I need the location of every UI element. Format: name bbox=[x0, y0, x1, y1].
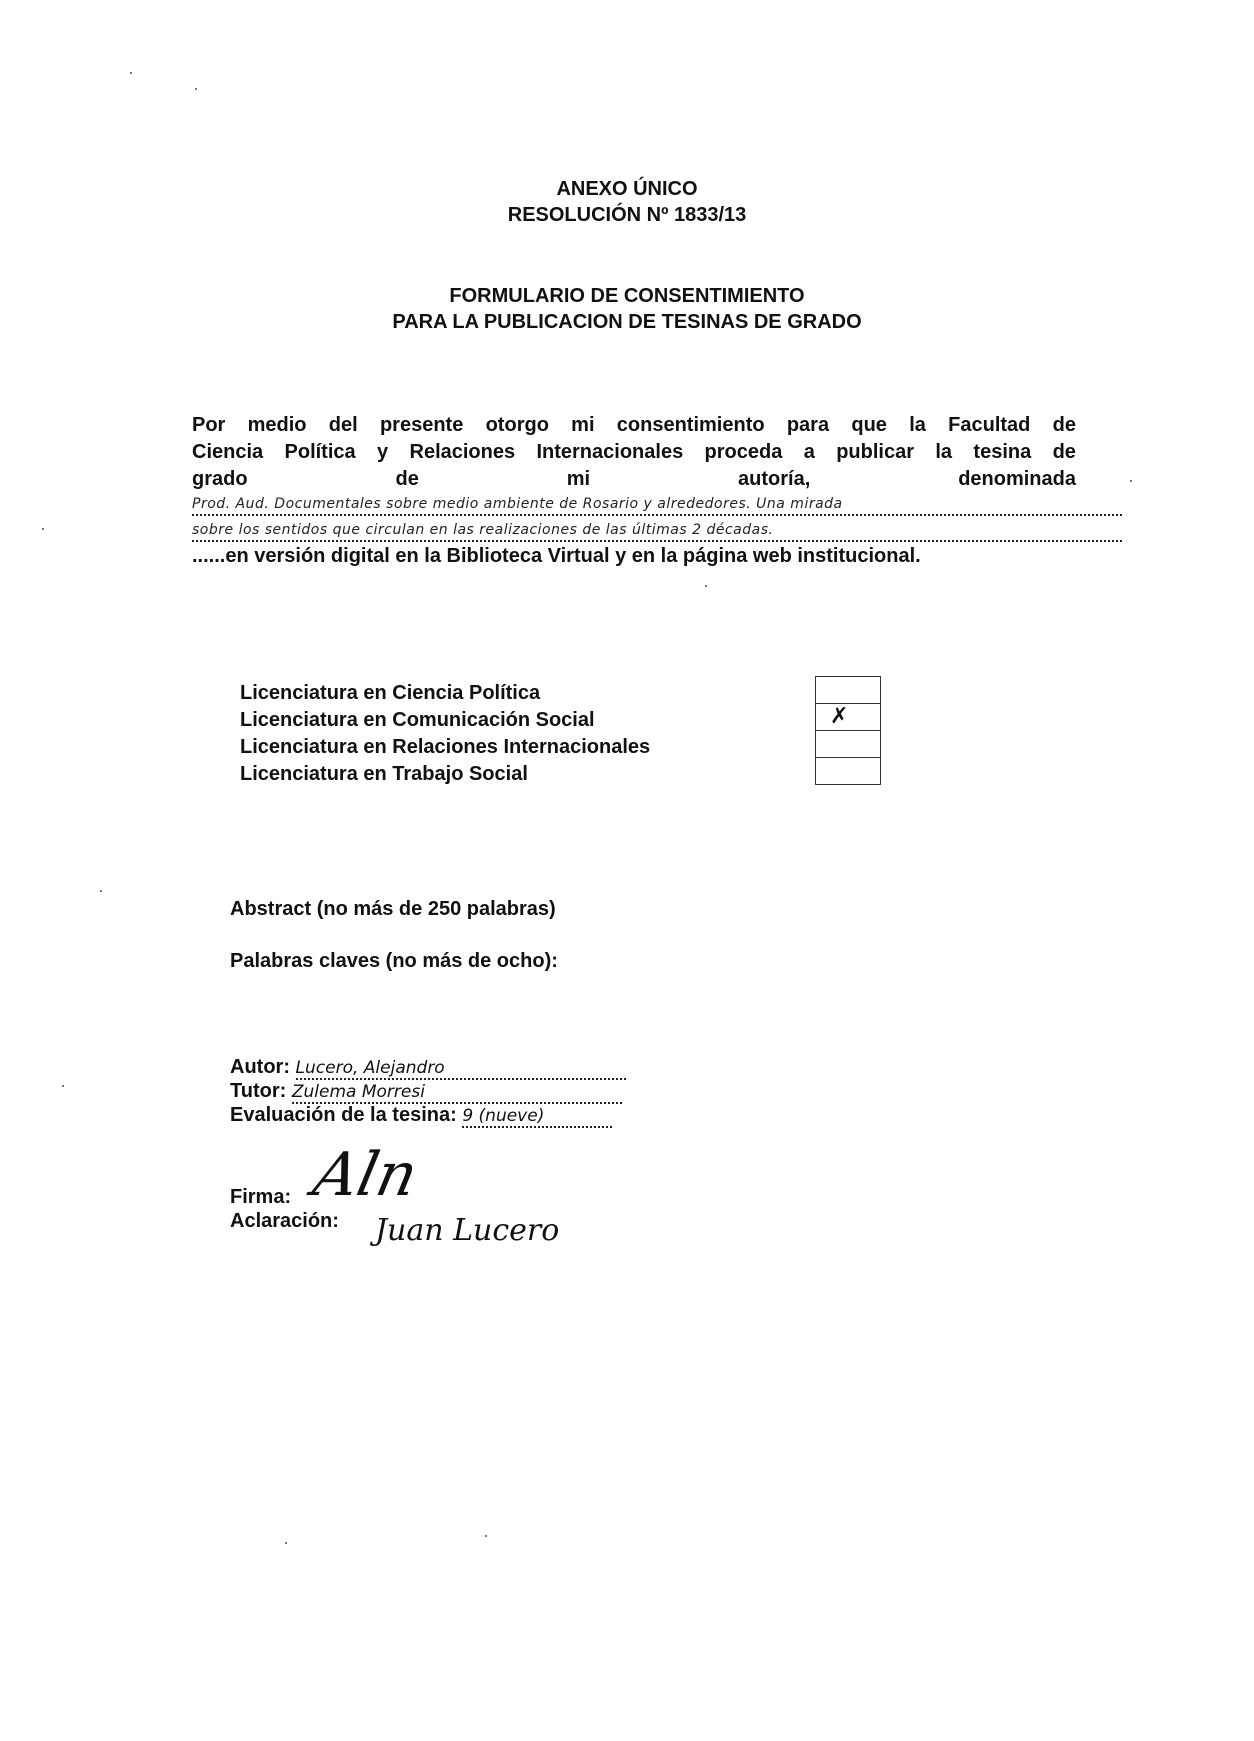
degree-label-comunicacion-social: Licenciatura en Comunicación Social bbox=[240, 707, 650, 734]
consent-word: de bbox=[395, 466, 418, 493]
scan-speck bbox=[62, 1085, 64, 1087]
annex-title: ANEXO ÚNICO bbox=[0, 176, 1254, 202]
consent-word: a bbox=[804, 439, 815, 466]
consent-line-1: Pormediodelpresenteotorgomiconsentimient… bbox=[192, 412, 1076, 439]
tutor-value[interactable]: Zulema Morresi bbox=[292, 1082, 622, 1104]
clarification-label: Aclaración: bbox=[230, 1209, 339, 1233]
scan-speck bbox=[42, 528, 44, 530]
consent-word: autoría, bbox=[738, 466, 810, 493]
tutor-label: Tutor: bbox=[230, 1080, 286, 1102]
consent-word: consentimiento bbox=[617, 412, 765, 439]
form-header: FORMULARIO DE CONSENTIMIENTO PARA LA PUB… bbox=[0, 283, 1254, 335]
consent-form-page: ANEXO ÚNICO RESOLUCIÓN Nº 1833/13 FORMUL… bbox=[0, 0, 1254, 1741]
author-field: Autor: Lucero, Alejandro bbox=[230, 1055, 626, 1080]
thesis-title-line-1[interactable]: Prod. Aud. Documentales sobre medio ambi… bbox=[192, 490, 1122, 516]
consent-paragraph: Pormediodelpresenteotorgomiconsentimient… bbox=[192, 412, 1076, 493]
scan-speck bbox=[285, 1542, 287, 1544]
consent-word: publicar bbox=[836, 439, 914, 466]
scan-speck bbox=[1130, 480, 1132, 482]
consent-word: de bbox=[1053, 439, 1076, 466]
consent-word: Política bbox=[285, 439, 356, 466]
consent-word: mi bbox=[567, 466, 590, 493]
check-mark-icon: ✗ bbox=[830, 704, 848, 730]
consent-line-2: CienciaPolíticayRelacionesInternacionale… bbox=[192, 439, 1076, 466]
consent-word: Relaciones bbox=[410, 439, 516, 466]
abstract-label: Abstract (no más de 250 palabras) bbox=[230, 896, 556, 922]
form-title: FORMULARIO DE CONSENTIMIENTO bbox=[0, 283, 1254, 309]
consent-word: medio bbox=[248, 412, 307, 439]
scan-speck bbox=[100, 890, 102, 892]
publication-statement: ......en versión digital en la Bibliotec… bbox=[192, 545, 921, 568]
resolution-number: RESOLUCIÓN Nº 1833/13 bbox=[0, 202, 1254, 228]
consent-word: que bbox=[851, 412, 887, 439]
consent-word: Ciencia bbox=[192, 439, 263, 466]
consent-word: grado bbox=[192, 466, 248, 493]
signature-image: Aln bbox=[308, 1140, 424, 1210]
scan-speck bbox=[485, 1535, 487, 1537]
consent-word: mi bbox=[571, 412, 594, 439]
degree-label-relaciones-internacionales: Licenciatura en Relaciones Internacional… bbox=[240, 734, 650, 761]
degree-checkbox-column: ✗ bbox=[815, 676, 881, 785]
keywords-label: Palabras claves (no más de ocho): bbox=[230, 948, 558, 974]
degree-label-trabajo-social: Licenciatura en Trabajo Social bbox=[240, 761, 650, 788]
degree-list: Licenciatura en Ciencia Política Licenci… bbox=[240, 680, 650, 788]
consent-word: Facultad bbox=[948, 412, 1030, 439]
form-subtitle: PARA LA PUBLICACION DE TESINAS DE GRADO bbox=[0, 309, 1254, 335]
thesis-title-line-2[interactable]: sobre los sentidos que circulan en las r… bbox=[192, 516, 1122, 542]
scan-speck bbox=[195, 88, 197, 90]
checkbox-relaciones-internacionales[interactable] bbox=[816, 731, 880, 758]
consent-word: y bbox=[377, 439, 388, 466]
consent-word: otorgo bbox=[486, 412, 549, 439]
consent-word: del bbox=[329, 412, 358, 439]
checkbox-ciencia-politica[interactable] bbox=[816, 677, 880, 704]
consent-word: presente bbox=[380, 412, 463, 439]
scan-speck bbox=[130, 72, 132, 74]
consent-word: denominada bbox=[958, 466, 1076, 493]
scan-speck bbox=[705, 585, 707, 587]
checkbox-trabajo-social[interactable] bbox=[816, 758, 880, 784]
author-label: Autor: bbox=[230, 1056, 290, 1078]
evaluation-value[interactable]: 9 (nueve) bbox=[462, 1106, 612, 1128]
degree-label-ciencia-politica: Licenciatura en Ciencia Política bbox=[240, 680, 650, 707]
author-value[interactable]: Lucero, Alejandro bbox=[296, 1058, 626, 1080]
consent-word: proceda bbox=[705, 439, 783, 466]
tutor-field: Tutor: Zulema Morresi bbox=[230, 1079, 622, 1104]
annex-header: ANEXO ÚNICO RESOLUCIÓN Nº 1833/13 bbox=[0, 176, 1254, 228]
checkbox-comunicacion-social[interactable]: ✗ bbox=[816, 704, 880, 731]
consent-word: de bbox=[1053, 412, 1076, 439]
clarification-value[interactable]: Juan Lucero bbox=[375, 1213, 559, 1248]
consent-word: Internacionales bbox=[536, 439, 683, 466]
consent-word: tesina bbox=[973, 439, 1031, 466]
signature-label: Firma: bbox=[230, 1185, 291, 1209]
consent-word: la bbox=[935, 439, 952, 466]
evaluation-field: Evaluación de la tesina: 9 (nueve) bbox=[230, 1103, 612, 1128]
consent-word: Por bbox=[192, 412, 225, 439]
evaluation-label: Evaluación de la tesina: bbox=[230, 1104, 457, 1126]
consent-word: para bbox=[787, 412, 829, 439]
consent-word: la bbox=[909, 412, 926, 439]
consent-line-3: gradodemiautoría,denominada bbox=[192, 466, 1076, 493]
